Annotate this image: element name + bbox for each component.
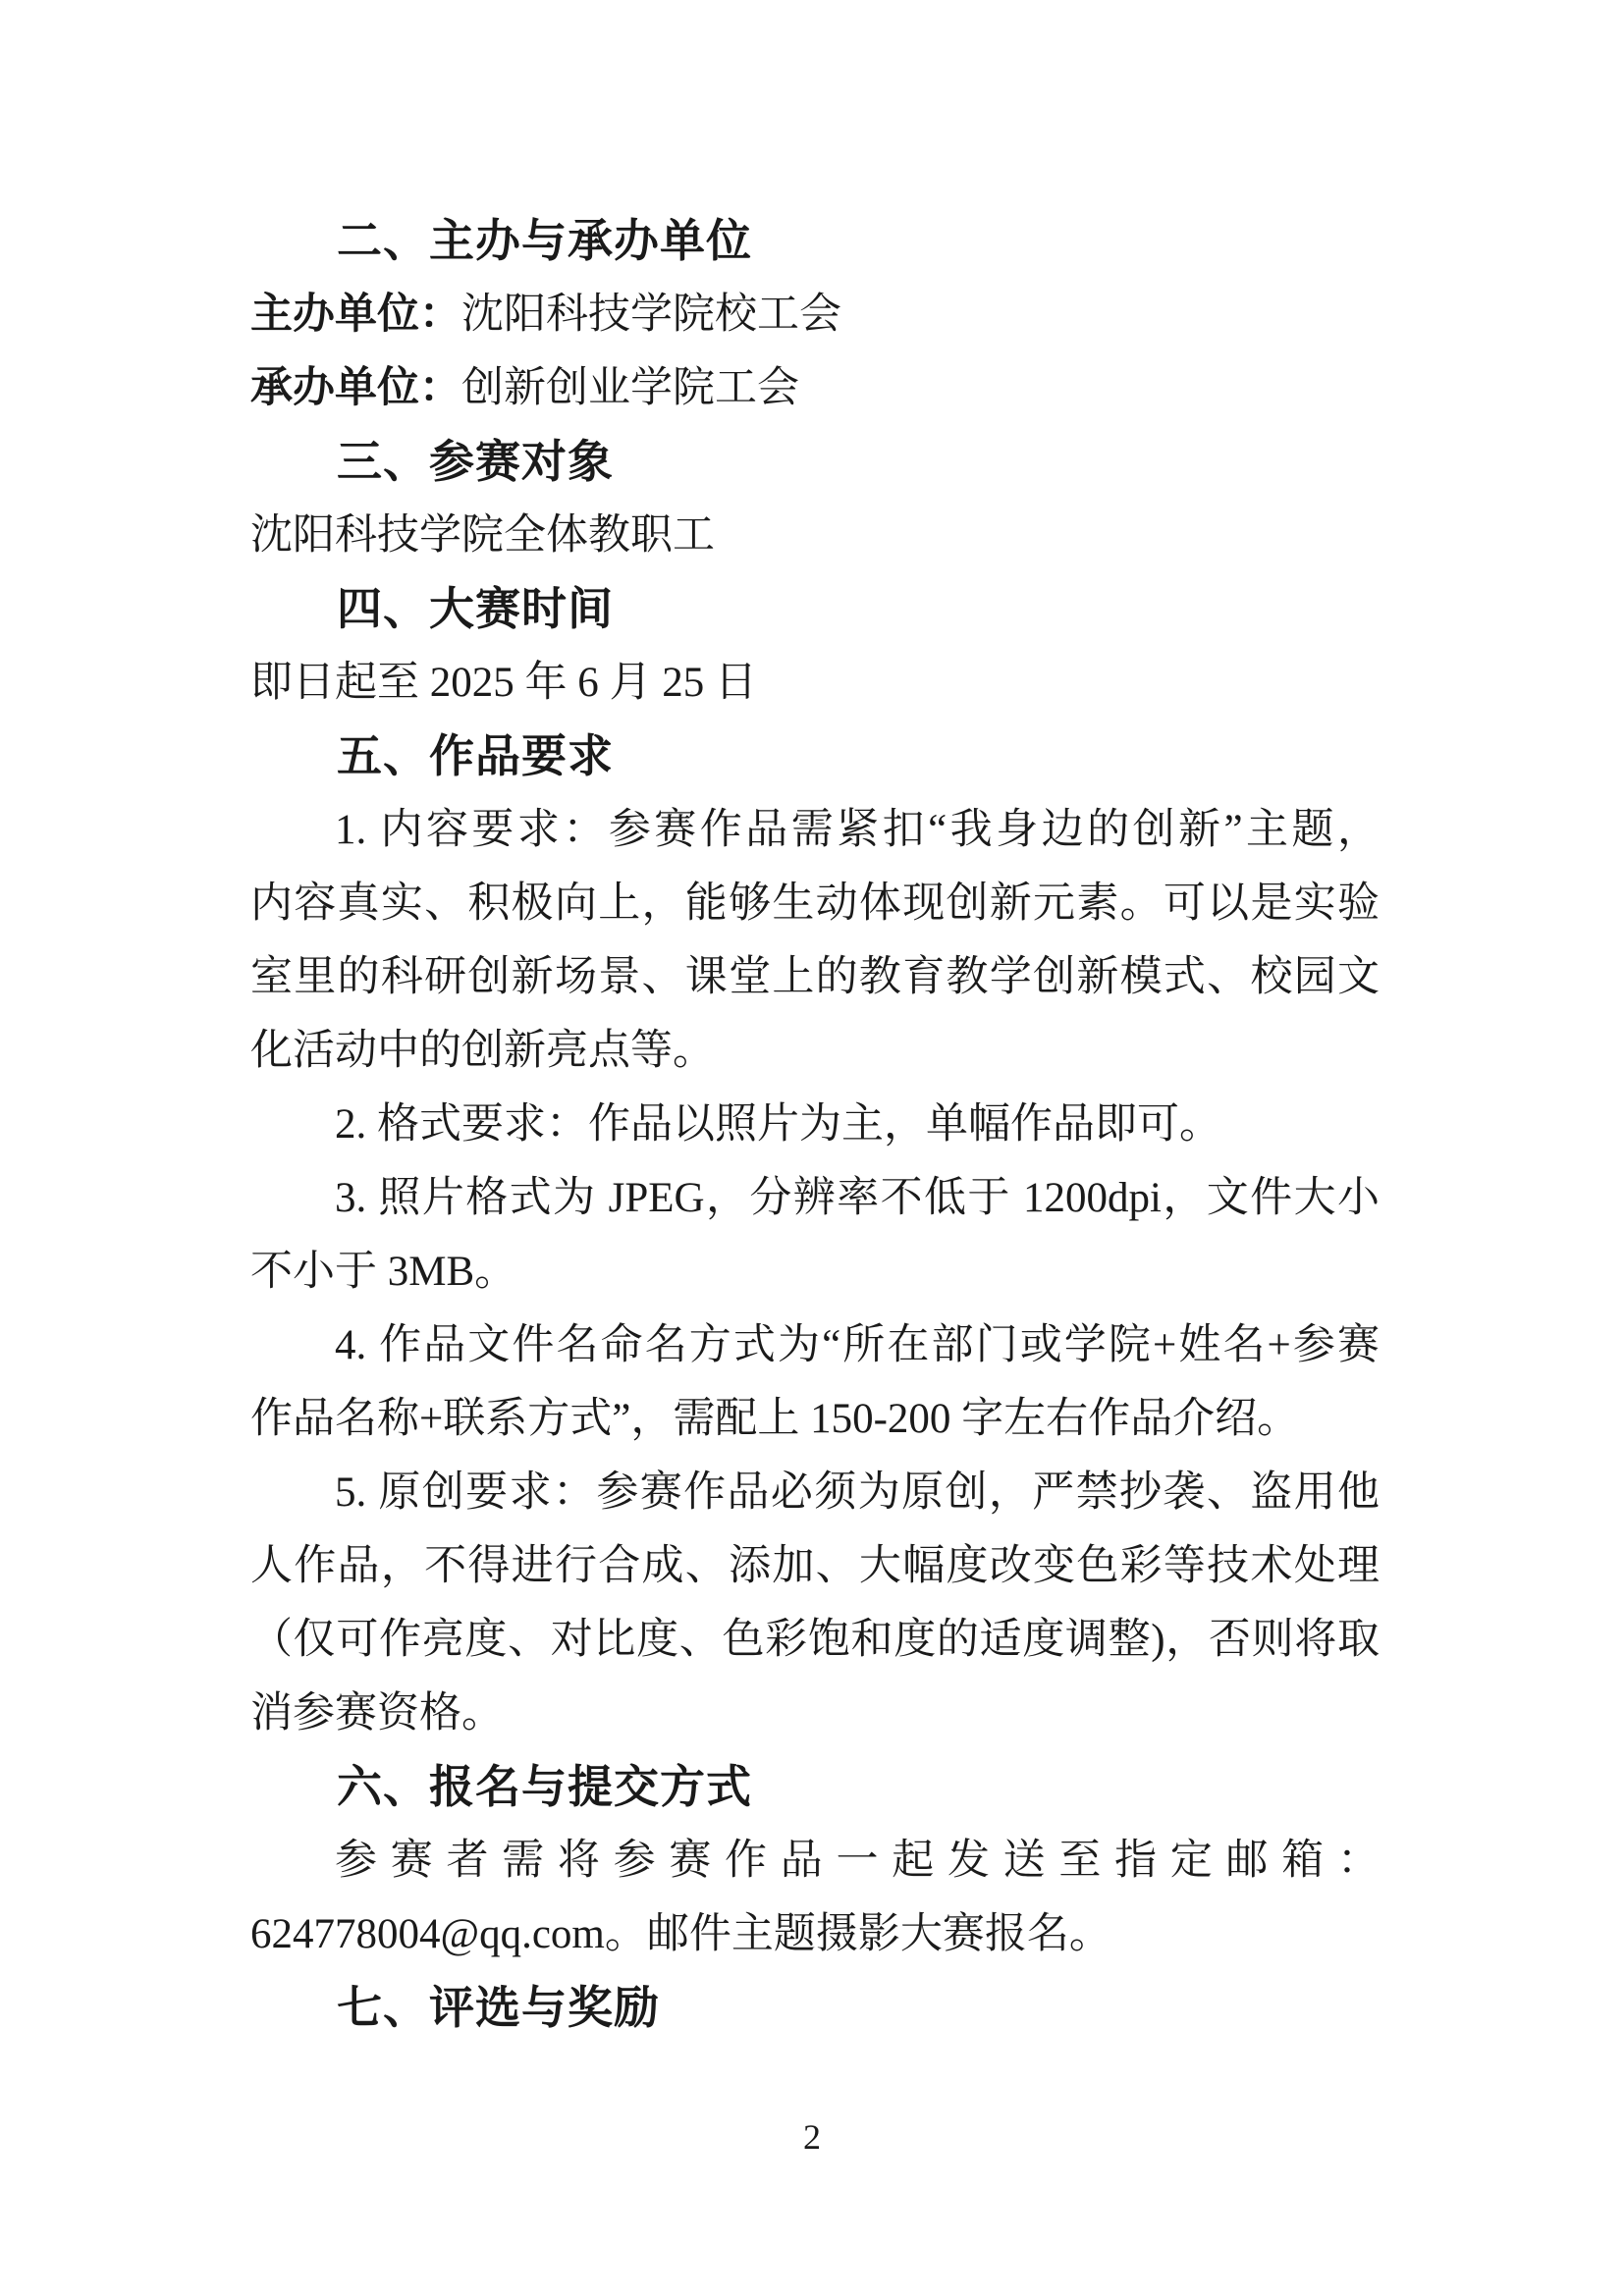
- line-requirement-1d: 化活动中的创新亮点等。: [250, 1014, 1380, 1088]
- line-requirement-5d: 消参赛资格。: [250, 1677, 1380, 1750]
- heading-schedule: 四、大赛时间: [250, 572, 1380, 646]
- line-requirement-3b: 不小于 3MB。: [250, 1235, 1380, 1308]
- line-host-unit: 主办单位：沈阳科技学院校工会: [250, 278, 1380, 351]
- line-requirement-1c: 室里的科研创新场景、课堂上的教育教学创新模式、校园文: [250, 940, 1380, 1014]
- organizer-unit-label: 承办单位：: [250, 365, 461, 411]
- heading-organizers: 二、主办与承办单位: [250, 204, 1380, 278]
- line-requirement-4a: 4. 作品文件名命名方式为“所在部门或学院+姓名+参赛: [250, 1308, 1380, 1382]
- line-requirement-5b: 人作品，不得进行合成、添加、大幅度改变色彩等技术处理: [250, 1529, 1380, 1603]
- heading-requirements: 五、作品要求: [250, 720, 1380, 793]
- line-organizer-unit: 承办单位：创新创业学院工会: [250, 351, 1380, 425]
- line-requirement-3a: 3. 照片格式为 JPEG，分辨率不低于 1200dpi，文件大小: [250, 1161, 1380, 1235]
- heading-submission: 六、报名与提交方式: [250, 1750, 1380, 1824]
- line-submission-email: 624778004@qq.com。邮件主题摄影大赛报名。: [250, 1897, 1380, 1971]
- document-page: 二、主办与承办单位 主办单位：沈阳科技学院校工会 承办单位：创新创业学院工会 三…: [0, 0, 1624, 2296]
- host-unit-label: 主办单位：: [250, 292, 461, 338]
- page-number: 2: [0, 2114, 1624, 2160]
- document-content: 二、主办与承办单位 主办单位：沈阳科技学院校工会 承办单位：创新创业学院工会 三…: [250, 204, 1380, 2045]
- organizer-unit-value: 创新创业学院工会: [461, 365, 799, 411]
- host-unit-value: 沈阳科技学院校工会: [461, 292, 841, 338]
- line-requirement-5a: 5. 原创要求：参赛作品必须为原创，严禁抄袭、盗用他: [250, 1456, 1380, 1529]
- heading-participants: 三、参赛对象: [250, 425, 1380, 499]
- line-participants: 沈阳科技学院全体教职工: [250, 499, 1380, 572]
- line-requirement-4b: 作品名称+联系方式”，需配上 150-200 字左右作品介绍。: [250, 1382, 1380, 1456]
- line-requirement-1a: 1. 内容要求：参赛作品需紧扣“我身边的创新”主题，: [250, 793, 1380, 867]
- line-schedule: 即日起至 2025 年 6 月 25 日: [250, 646, 1380, 720]
- line-requirement-2: 2. 格式要求：作品以照片为主，单幅作品即可。: [250, 1088, 1380, 1161]
- line-requirement-1b: 内容真实、积极向上，能够生动体现创新元素。可以是实验: [250, 867, 1380, 940]
- line-submission-intro: 参赛者需将参赛作品一起发送至指定邮箱：: [250, 1824, 1380, 1897]
- heading-awards: 七、评选与奖励: [250, 1971, 1380, 2045]
- line-requirement-5c: （仅可作亮度、对比度、色彩饱和度的适度调整)，否则将取: [250, 1603, 1380, 1677]
